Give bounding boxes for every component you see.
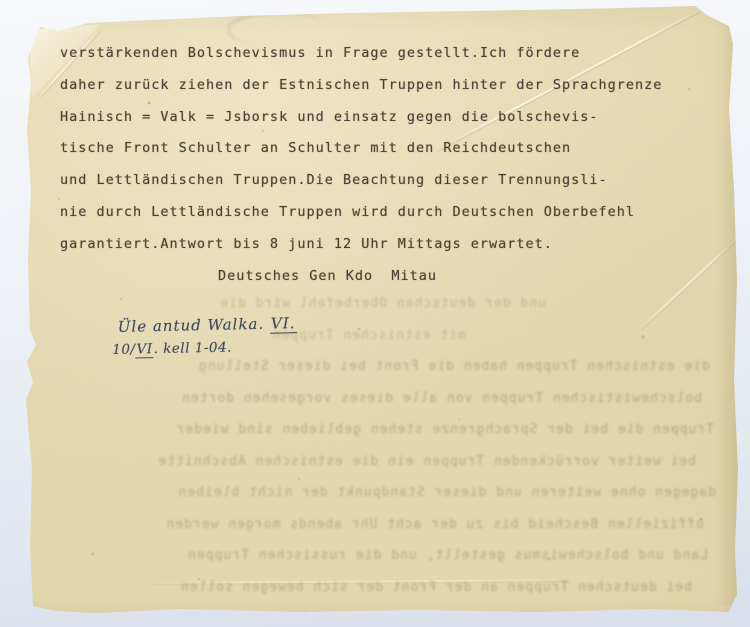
- handwritten-line: Üle antud Walka. VI.: [118, 314, 297, 336]
- bleedthrough-line: der deutschen Truppen bei dem Oberbefehl: [36, 603, 716, 627]
- typed-line: verstärkenden Bolschevismus in Frage ges…: [60, 38, 700, 70]
- typed-line: und Lettländischen Truppen.Die Beachtung…: [60, 165, 700, 197]
- handwritten-text: 10/: [112, 342, 136, 358]
- bleedthrough-line: Truppen die bei der Sprachgrenze stehen …: [36, 414, 716, 446]
- typed-line: Hainisch = Valk = Jsborsk und einsatz ge…: [60, 102, 700, 134]
- bleedthrough-line: bei deutschen Truppen an der Front der s…: [36, 572, 716, 604]
- typed-line: tische Front Schulter an Schulter mit de…: [60, 133, 700, 165]
- typewritten-text: verstärkenden Bolschevismus in Frage ges…: [60, 38, 700, 292]
- typed-line: daher zurück ziehen der Estnischen Trupp…: [60, 70, 700, 102]
- bleedthrough-line: offiziellen Bescheid bis zu der acht Uhr…: [36, 509, 716, 541]
- handwritten-receipt-note: Üle antud Walka. VI. 10/VI. kell 1-04.: [118, 314, 298, 358]
- bleedthrough-line: Land und bolschewismus gestellt, und die…: [36, 540, 716, 572]
- handwritten-text: . kell 1-04.: [153, 339, 232, 357]
- bleedthrough-line: und der deutschen Oberbefehl wird die: [36, 288, 716, 320]
- typed-line: nie durch Lettländische Truppen wird dur…: [60, 197, 700, 229]
- crease-line: [150, 579, 570, 584]
- typed-line: garantiert.Antwort bis 8 juni 12 Uhr Mit…: [60, 229, 700, 261]
- handwritten-roman-numeral: VI.: [270, 314, 297, 334]
- handwritten-roman-numeral: VI: [135, 341, 153, 358]
- handwritten-text: Üle antud Walka.: [118, 315, 271, 336]
- signature-line: Deutsches Gen Kdo Mitau: [60, 261, 700, 293]
- bleedthrough-line: bei weiter vorrückenden Truppen ein die …: [36, 446, 716, 478]
- foxing-spots: [0, 0, 2, 2]
- document-page: und der deutschen Oberbefehl wird die mi…: [0, 0, 750, 627]
- paper-edge-shading: [712, 6, 742, 606]
- bleedthrough-line: bolschewistischen Truppen von alle diese…: [36, 383, 716, 415]
- bleedthrough-line: dagegen ohne weiteren und dieser Standpu…: [36, 477, 716, 509]
- handwritten-line: 10/VI. kell 1-04.: [112, 338, 297, 358]
- scan-background: und der deutschen Oberbefehl wird die mi…: [0, 0, 750, 627]
